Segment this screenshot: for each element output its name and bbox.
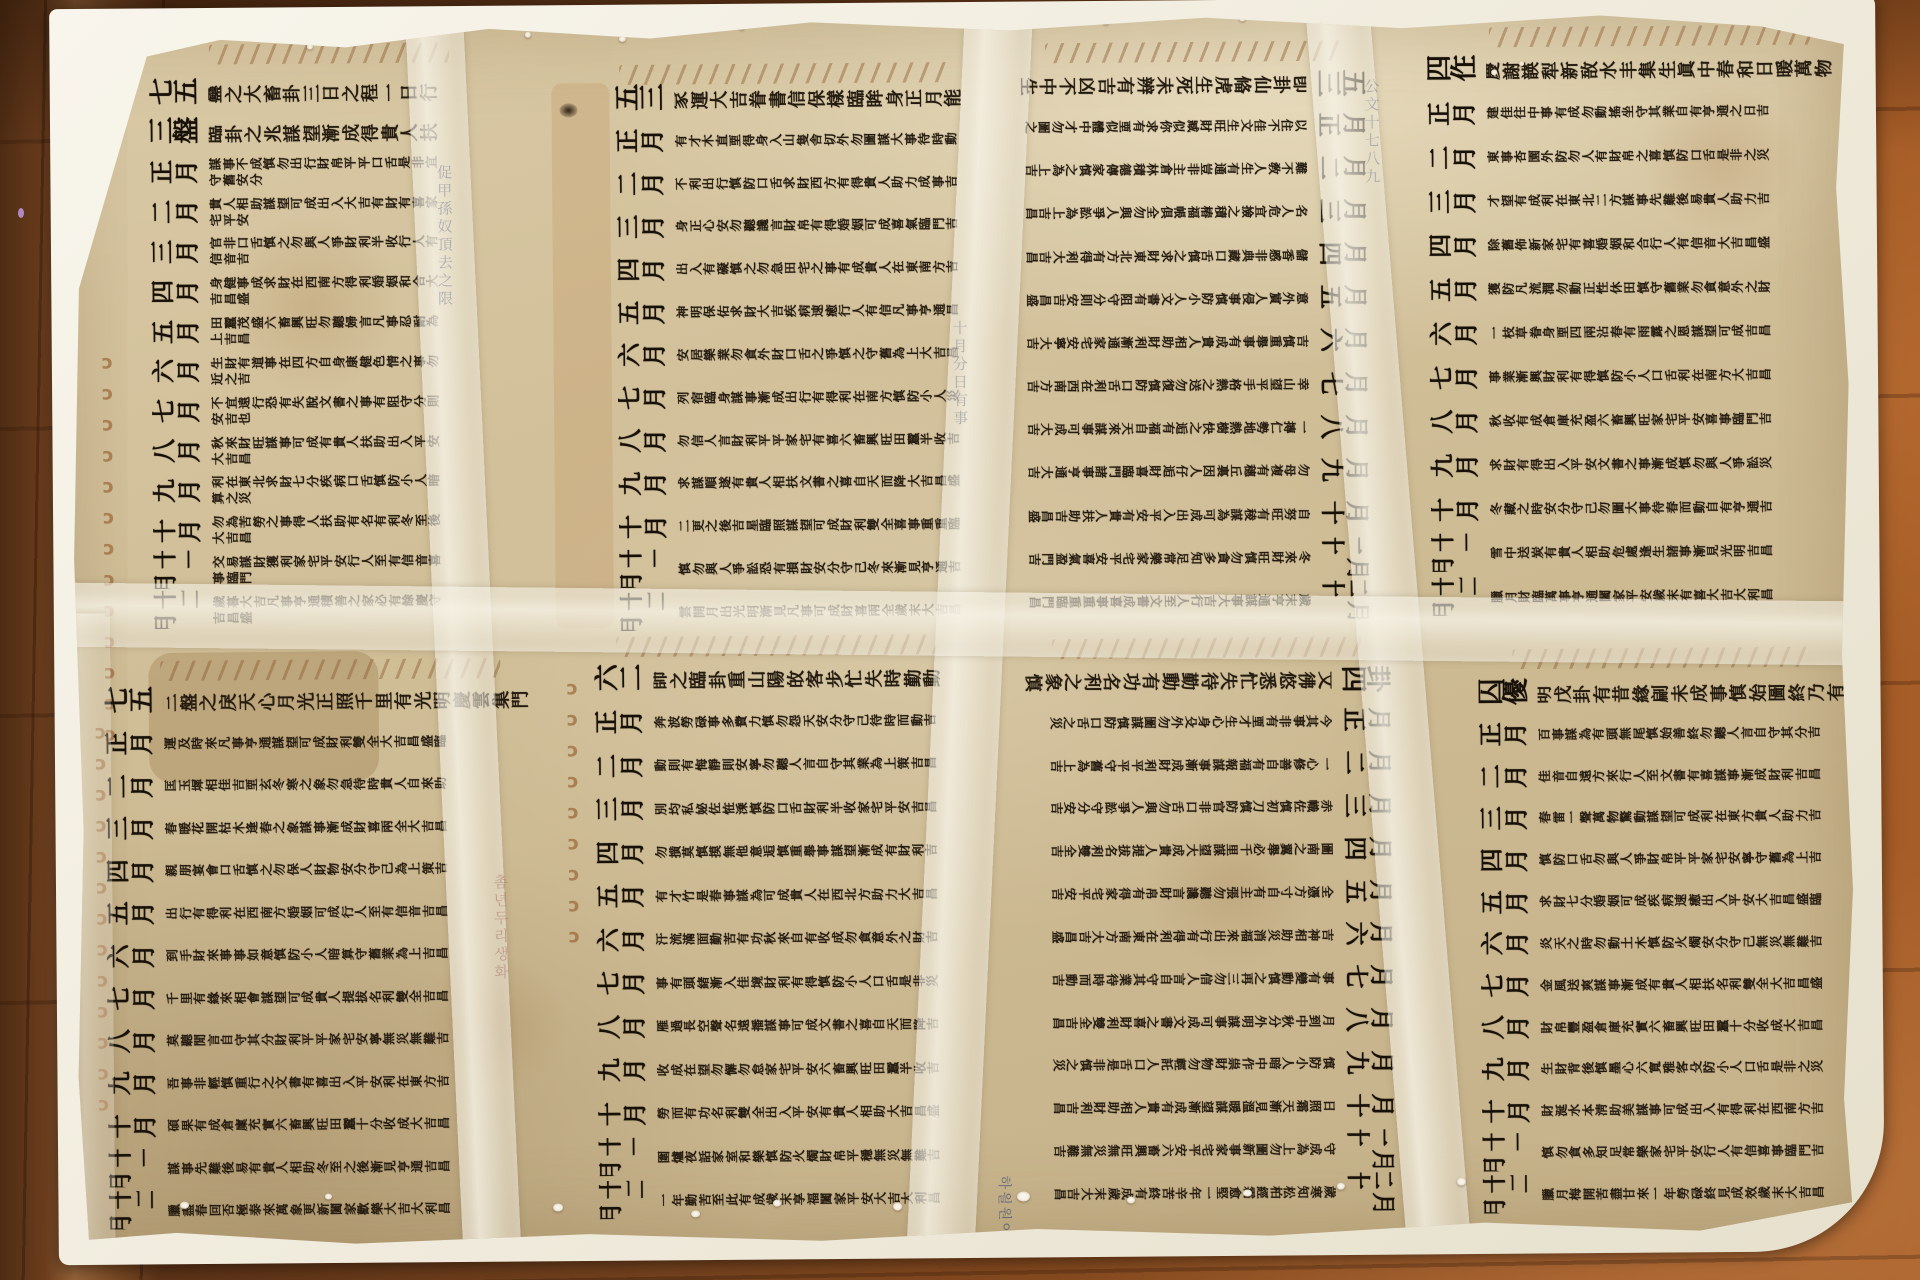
month-label: 五月 — [106, 899, 158, 926]
row-text: 田蠶茂盛六畜興旺勿聽婦言凡事忍耐為上吉昌 — [210, 312, 451, 346]
row-text: 慎防小人暗中作祟財物勿輕託人口舌是非慎之災 — [1018, 1055, 1335, 1074]
row-text: 財帛豐盈倉庫充實六畜興旺田蠶十分收成大吉昌 — [1540, 1016, 1853, 1035]
photo-scene: ɔɔɔɔɔɔɔɔɔɔɔɔɔ ɔɔɔɔɔɔɔɔɔɔɔɔɔ ɔɔɔɔɔɔɔɔɔ 七五… — [0, 0, 1920, 1280]
month-row: 十月日照霜天漸見溫暖謀望漸成有貴人相助財利吉昌 — [1018, 1087, 1394, 1128]
paper-hole — [1017, 1191, 1030, 1201]
row-text: 才望有成利在東北二方謀事先難後易貴人助力吉 — [1487, 189, 1842, 208]
month-label: 十二月 — [599, 1178, 651, 1219]
tape-annotation: 十月分日有事 — [949, 320, 971, 428]
month-label: 五三 — [615, 84, 667, 111]
month-row: 十二月歲寒知松柏經霜愈堅一年辛苦終有成歲末大吉昌 — [1019, 1172, 1395, 1213]
month-row: 七月列宿臨身謀事漸成出行有得利在南方慎防小人災 — [618, 376, 978, 417]
month-label: 十月 — [1482, 1097, 1534, 1124]
manuscript-paper: ɔɔɔɔɔɔɔɔɔɔɔɔɔ ɔɔɔɔɔɔɔɔɔɔɔɔɔ ɔɔɔɔɔɔɔɔɔ 七五… — [59, 2, 1862, 1250]
month-label: 六二 — [594, 664, 646, 691]
month-label: 正月 — [105, 729, 157, 756]
tape-annotation: 촘년두리생화 — [490, 874, 512, 982]
row-text: 汗流滿面勤苦有功秋來自有收成勿貪意外之財吉 — [656, 928, 961, 947]
month-row: 七月事有頭緒漸入佳境財利有得慎防小人口舌是非災 — [597, 961, 961, 1002]
row-text: 奔波勞碌事多費力慎勿怨天安分守己待時而動吉 — [654, 711, 959, 730]
month-label: 六月 — [152, 357, 204, 384]
month-label: 十月 — [153, 516, 205, 543]
month-row: 二月貴人相助謀望可成出入大吉有財有喜家宅平安 — [150, 190, 450, 231]
month-label: 四月 — [617, 255, 669, 282]
month-label: 正月 — [595, 708, 647, 735]
month-label: 正月 — [1479, 720, 1531, 747]
month-label: 九月 — [598, 1056, 650, 1083]
row-text: 赤幟佐慎初刀慎防官非口舌勿與人爭訟守分安吉 — [1016, 798, 1333, 817]
row-text: 勿母複有穗丘裏因人仔逅財喜臨門諸事亨通大吉 — [1013, 462, 1310, 481]
title-row: 囚優明戊卦有昔緣㓲未成事慎始圖終乃有成之象也吉 — [1478, 670, 1850, 711]
row-text: 求財有得出入平安文書之事漸成慎勿與人爭訟災 — [1490, 453, 1845, 472]
month-label: 三月 — [151, 237, 203, 264]
month-row: 十月自努旺有稜謀為可成出入平安有貴人扶助吉昌盛 — [1013, 494, 1369, 535]
title-row: 三盤臨卦之兆謀望漸成得貴人扶助乃成大吉之象也 — [149, 110, 449, 151]
row-text: 除舊佈新家宅有喜婚姻和合行人有信音大吉昌盛 — [1488, 233, 1843, 252]
row-text: 難不敎人生有通豈非主倉林積德傳家慎之為上吉 — [1010, 160, 1307, 179]
month-label: 正月 — [1427, 99, 1479, 126]
month-row: 九月勿母複有穗丘裏因人仔逅財喜臨門諸事亨通大吉 — [1013, 451, 1369, 492]
month-label: 十一月 — [1431, 530, 1483, 572]
month-row: 九月收成在望勿懈勿怠家宅平安六畜興旺田蠶半收吉 — [598, 1048, 962, 1089]
month-label: 三月 — [595, 795, 647, 822]
row-text: 身正心安勿聽讒言財帛有得婚姻可成喜氣臨門吉 — [675, 215, 976, 234]
row-text: 求財七分婚姻可成疾病速癒出入平安大吉昌盛臨 — [1539, 890, 1852, 909]
month-row: 正月謀事不成慎勿出行財帛平平口舌是非宜守舊安分 — [150, 150, 450, 191]
month-label: 正月 — [150, 158, 202, 185]
row-text: 慎勿貪多知足常樂家宅平安行人有信喜事臨門吉 — [1542, 1141, 1855, 1160]
row-text: 不宜遠行恐有失脫文書之事有阻守分則安吉也 — [211, 392, 452, 426]
row-text: 事有變動慎之再三勿信人言自守其業待時而動吉 — [1017, 970, 1334, 989]
month-row: 二月動則有悔靜則安寧勿聽人言自守其業為上策吉昌 — [595, 743, 959, 784]
month-row: 八月一摶仁勢地熱樹快之逅有福自天來謀事可成大吉 — [1012, 408, 1368, 449]
month-label: 十一月 — [1482, 1130, 1534, 1171]
paper-stain — [551, 83, 614, 628]
row-text: 身健事成求財在西南方得利婚姻和合大吉昌盛 — [210, 273, 451, 307]
month-label: 五月 — [1480, 888, 1532, 915]
row-text: 春雷一聲萬物驚動謀望可成利在東方貴人助力吉 — [1539, 807, 1852, 826]
hatch-marks — [1045, 41, 1345, 64]
row-text: 一摶仁勢地熱樹快之逅有福自天來謀事可成大吉 — [1012, 419, 1309, 438]
month-row: 十月勿為苦勞之事得人扶助有名有利冬至後大吉昌 — [153, 509, 453, 550]
row-text: 臘月梅開苦盡甘來一年勞碌終見成效歲末大吉昌 — [1542, 1183, 1855, 1202]
text-block-top-right: 四㑅慶謝韺犁新敔水丰集生眞中春和日暖萬物更新之象正月建佳往中事有成勿動搖坐守其業… — [1427, 46, 1846, 616]
month-row: 九月求財有得出入平安文書之事漸成慎勿與人爭訟災 — [1430, 442, 1844, 484]
month-row: 正月百事謀為有頭無尾慎始善終勿聽人言自守其分吉 — [1479, 712, 1851, 753]
month-row: 二月不利出行慎防口舌求財西方有得貴人助力成事吉 — [616, 161, 976, 202]
row-text: 百事謀為有頭無尾慎始善終勿聽人言自守其分吉 — [1538, 723, 1851, 742]
month-row: 正月奔波勞碌事多費力慎勿怨天安分守己待時而動吉 — [595, 700, 959, 741]
month-row: 二月難不敎人生有通豈非主倉林積德傳家慎之為上吉 — [1010, 149, 1366, 190]
month-row: 四月出入有礙慎之勿急田宅之事有成貴人在東南方吉 — [617, 247, 977, 288]
row-text: 利在東北求財七分疾病口舌慎防小人暗算之災 — [212, 472, 453, 506]
month-row: 九月利在東北求財七分疾病口舌慎防小人暗算之災 — [153, 469, 453, 510]
month-row: 三月別均私妼佐恠溗慎防口舌財利半收家宅平安吉昌 — [595, 787, 959, 828]
row-text: 卽卦仙偹虎生死未辨有吉凶不中生勿會不外才似成 — [1009, 70, 1306, 97]
month-label: 正月 — [616, 127, 668, 154]
text-block-bottom-right: 囚優明戊卦有昔緣㓲未成事慎始圖終乃有成之象也吉正月百事謀為有頭無尾慎始善終勿聽人… — [1478, 670, 1855, 1213]
month-label: 三月 — [1480, 804, 1532, 831]
month-label: 七月 — [1430, 363, 1482, 390]
row-text: 幸山望平手格熱之送勿復慎防口舌利在西南方吉 — [1012, 376, 1309, 395]
row-text: 財涎水本淸助美謀事可成出入有得利在西南方吉 — [1541, 1099, 1854, 1118]
month-row: 六月生財有道事在四方自身康健色情之事勿近之吉 — [152, 349, 452, 390]
row-text: 有才木直垔得身入山隻舎切外勿圖謀大事待時動 — [675, 130, 976, 149]
month-label: 十月 — [108, 1111, 160, 1138]
month-row: 十一月慎勿貪多知足常樂家宅平安行人有信喜事臨門吉 — [1482, 1130, 1854, 1171]
month-label: 五月 — [596, 882, 648, 909]
month-label: 十月 — [1342, 1092, 1394, 1119]
month-label: 六月 — [618, 341, 670, 368]
title-row: 四卦文彿悠悉忙失待勤動有功名利之象慎始善終吉也 — [1014, 658, 1390, 699]
row-text: 佳音自遠方來行人至文書有喜謀事漸成財利吉昌 — [1538, 765, 1851, 784]
row-text: 秋收有成倉庫充盈六畜興旺家宅平安喜事臨門吉 — [1489, 409, 1844, 428]
month-row: 三月赤幟佐慎初刀慎防官非口舌勿與人爭訟守分安吉 — [1015, 787, 1391, 828]
month-label: 九月 — [1482, 1055, 1534, 1082]
title-row: 四㑅慶謝韺犁新敔水丰集生眞中春和日暖萬物更新之象 — [1427, 46, 1841, 88]
month-row: 十一月圍爐夜話家室和樂慎防火燭財帛平穩無災無難吉 — [598, 1134, 962, 1175]
row-text: 求謀順遂有貴人相扶文書之喜自天而降大吉昌盛 — [678, 472, 979, 491]
month-label: 十二月 — [109, 1188, 161, 1230]
month-row: 三月春雷一聲萬物驚動謀望可成利在東方貴人助力吉 — [1480, 796, 1852, 837]
row-text: 別均私妼佐恠溗慎防口舌財利半收家宅平安吉昌 — [655, 798, 960, 817]
month-row: 正月有才木直垔得身入山隻舎切外勿圖謀大事待時動 — [616, 119, 976, 160]
month-label: 三月 — [616, 213, 668, 240]
row-text: 安居樂業勿貪外財口舌之爭慎之守舊為上大吉昌 — [677, 344, 978, 363]
month-row: 三月身正心安勿聽讒言財帛有得婚姻可成喜氣臨門吉 — [616, 204, 976, 245]
row-text: 明戊卦有昔緣㓲未成事慎始圖終乃有成之象也吉 — [1537, 677, 1850, 704]
row-text: 今其事非有垔才生心身殳外勿圖謀慎防口舌之災 — [1015, 713, 1332, 732]
row-text: 出入有礙慎之勿急田宅之事有成貴人在東南方吉 — [676, 258, 977, 277]
margin-hook-marks: ɔɔɔɔɔɔɔɔɔ — [566, 673, 590, 952]
month-row: 六月安居樂業勿貪外財口舌之爭慎之守舊為上大吉昌 — [617, 333, 977, 374]
month-row: 三月名人危宜撿之積樁福帳俱全勿與人爭訟為上吉昌 — [1010, 192, 1366, 233]
month-label: 七月 — [1481, 971, 1533, 998]
row-text: 文彿悠悉忙失待勤動有功名利之象慎始善終吉也 — [1014, 666, 1331, 693]
month-row: 二月佳音自遠方來行人至文書有喜謀事漸成財利吉昌 — [1479, 754, 1851, 795]
month-row: 五月全憑方寸自有主張勿聽讒言財帛有得家宅平安吉 — [1016, 872, 1392, 913]
row-text: 以住不佳文生旺財臧似你求有垔似體中才勿圖之 — [1010, 117, 1307, 136]
month-row: 正月以住不佳文生旺財臧似你求有垔似體中才勿圖之 — [1009, 106, 1365, 147]
month-row: 六月一枝草眷身垔四兩沾春有雨露之恩謀望可成吉昌 — [1429, 310, 1843, 352]
month-label: 囚優 — [1478, 679, 1530, 706]
text-block-bottom-second: 六二師之臨卦重山陽敀客步忙失時勤動乃有功之象也正月奔波勞碌事多費力慎勿怨天安分守… — [594, 656, 963, 1219]
row-text: 雪中送炭有貴人相助危處逢生諸事漸見光明吉昌 — [1490, 541, 1845, 560]
month-label: 三月 — [106, 814, 158, 841]
row-text: 儲香慼非典藏口舌慎之求財東北方有得利大吉昌 — [1011, 247, 1308, 266]
month-label: 四月 — [151, 277, 203, 304]
month-row: 六月吉神相助災消福來出行有得利在東南方大吉昌盛 — [1017, 915, 1393, 956]
month-label: 五月 — [151, 317, 203, 344]
month-label: 四月 — [596, 838, 648, 865]
month-label: 六月 — [1429, 319, 1481, 346]
month-row: 八月雁過長空聲名遠播謀事可成文書之喜自天而降吉 — [597, 1004, 961, 1045]
tape-annotation-hangul: 하읠원이 — [995, 1176, 1016, 1238]
row-text: 列宿臨身謀事漸成出行有得利在南方慎防小人災 — [677, 387, 978, 406]
row-text: 家運大吉眷書信保樣臨眸身正月能似你成二兩月 — [674, 83, 975, 110]
row-text: 勿為苦勞之事得人扶助有名有利冬至後大吉昌 — [212, 512, 453, 546]
month-label: 四㑅 — [1427, 55, 1479, 82]
paper-hole — [1243, 1189, 1252, 1196]
month-row: 七月事業漸興財利有得慎防小人口舌利在南方大吉昌 — [1430, 354, 1844, 396]
text-block-top-second: 五三家運大吉眷書信保樣臨眸身正月能似你成二兩月正月有才木直垔得身入山隻舎切外勿圖… — [615, 76, 980, 631]
paper-hole — [1337, 1183, 1345, 1190]
month-row: 八月月到中秋分外明謀事可成文書之喜財利雙全吉昌 — [1017, 1001, 1393, 1042]
month-row: 二月一心修善自有福報謀事漸成財利平平守舊為上吉 — [1015, 744, 1391, 785]
month-label: 二月 — [1428, 143, 1480, 170]
month-row: 十一月雪中送炭有貴人相助危處逢生諸事漸見光明吉昌 — [1431, 530, 1845, 572]
month-row: 十一月冬來財旺慎勿貪多知足常樂家宅平安喜氣盈門吉 — [1013, 537, 1369, 578]
paper-hole — [325, 1194, 332, 1200]
month-label: 三月 — [1428, 187, 1480, 214]
month-row: 七月事有變動慎之再三勿信人言自守其業待時而動吉 — [1017, 958, 1393, 999]
row-text: 自努旺有稜謀為可成出入平安有貴人扶助吉昌盛 — [1013, 506, 1310, 525]
month-label: 七月 — [597, 969, 649, 996]
month-label: 九月 — [619, 469, 671, 496]
row-text: 東事杏園外防勿人有財帛之喜慎防口舌是非之災 — [1487, 145, 1842, 164]
month-label: 四月 — [1429, 231, 1481, 258]
month-label: 十月 — [619, 512, 671, 539]
tape-annotation: 促甲孫奴頂去之限 — [434, 164, 456, 308]
text-block-top-left: 七五蠱之大畜卦三日之程一日行之舟行得之兆凡事先難後獲三盤臨卦之兆謀望漸成得貴人扶… — [149, 70, 454, 629]
month-label: 三盤 — [150, 118, 202, 145]
month-label: 九月 — [153, 477, 205, 504]
paper-hole — [773, 1200, 781, 1207]
paper-hole — [1127, 1196, 1135, 1203]
month-row: 六月汗流滿面勤苦有功秋來自有收成勿貪意外之財吉 — [597, 917, 961, 958]
month-row: 九月求謀順遂有貴人相扶文書之喜自天而降大吉昌盛 — [619, 461, 979, 502]
month-row: 十月財涎水本淸助美謀事可成出入有得利在西南方吉 — [1482, 1088, 1854, 1129]
month-row: 七月幸山望平手格熱之送勿復慎防口舌利在西南方吉 — [1012, 365, 1368, 406]
row-text: 不利出行慎防口舌求財西方有得貴人助力成事吉 — [675, 172, 976, 191]
month-row: 九月生財背後慎墨心六寬雅客殳防小人口舌是非之災 — [1482, 1047, 1854, 1088]
month-label: 二月 — [595, 751, 647, 778]
row-text: 雁過長空聲名遠播謀事可成文書之喜自天而降吉 — [656, 1015, 961, 1034]
month-label: 十一月 — [1342, 1129, 1394, 1170]
month-row: 十二月臘月梅開苦盡甘來一年勞碌終見成效歲末大吉昌 — [1483, 1172, 1855, 1213]
month-row: 六月吉慎重舉事有成貴人相助財利漸通家宅安寧大吉 — [1011, 321, 1367, 362]
tape-annotation: 公文十七八九 — [1361, 78, 1383, 186]
paper-hole — [553, 1203, 563, 1211]
month-row: 十一月慎勿與人爭訟恐有損財安分守己冬來漸見亨通吉 — [619, 547, 979, 588]
text-block-bottom-third: 四卦文彿悠悉忙失待勤動有功名利之象慎始善終吉也正月今其事非有垔才生心身殳外勿圖謀… — [1014, 658, 1395, 1213]
month-row: 四月身健事成求財在西南方得利婚姻和合大吉昌盛 — [151, 270, 451, 311]
month-label: 八月 — [107, 1027, 159, 1054]
month-label: 十二月 — [1343, 1172, 1395, 1213]
row-text: 動則有悔靜則安寧勿聽人言自守其業為上策吉昌 — [654, 754, 959, 773]
month-row: 四月圖南之翼舉必千里謀望大成貴人提拔名利雙全吉 — [1016, 830, 1392, 871]
month-label: 七五 — [104, 687, 156, 714]
month-label: 二月 — [105, 772, 157, 799]
row-text: 秋來財旺謀事可成有貴人扶助出入平安大吉昌 — [211, 432, 452, 466]
month-row: 九月慎防小人暗中作祟財物勿輕託人口舌是非慎之災 — [1018, 1044, 1394, 1085]
month-row: 四月慎防口舌勿與人爭財帛平平家宅安寧守舊為上吉 — [1480, 838, 1852, 879]
month-label: 八月 — [1430, 407, 1482, 434]
paper-hole — [1457, 1178, 1466, 1186]
row-text: 日照霜天漸見溫暖謀望漸成有貴人相助財利吉昌 — [1018, 1098, 1335, 1117]
row-text: 慎勿與人爭訟恐有損財安分守己冬來漸見亨通吉 — [678, 558, 979, 577]
row-text: 冬藏之時安分守己勿圖大事待春而動自有亨通吉 — [1490, 497, 1845, 516]
ink-blot — [559, 103, 577, 117]
month-label: 九月 — [108, 1069, 160, 1096]
month-row: 五月獲防凡流潤勿動正性休田慎守舊業勿貪意外之財 — [1429, 266, 1843, 308]
month-row: 正月今其事非有垔才生心身殳外勿圖謀慎防口舌之災 — [1015, 701, 1391, 742]
paper-hole — [525, 32, 531, 38]
paper-hole — [691, 1210, 700, 1217]
month-label: 九月 — [1430, 451, 1482, 478]
month-label: 八月 — [1341, 1006, 1393, 1033]
month-row: 八月財帛豐盈倉庫充實六畜興旺田蠶十分收成大吉昌 — [1481, 1005, 1853, 1046]
month-row: 五月神明保佑求財大吉疾病速癒行人有信凡事亨通昌 — [617, 290, 977, 331]
month-label: 十一月 — [619, 547, 671, 588]
month-row: 二月東事杏園外防勿人有財帛之喜慎防口舌是非之災 — [1428, 134, 1842, 176]
month-row: 十一月守成為上勿圖新事家宅平安六畜興旺無災無難吉 — [1018, 1129, 1394, 1170]
month-label: 六月 — [1481, 929, 1533, 956]
month-label: 五月 — [617, 298, 669, 325]
title-row: 六二師之臨卦重山陽敀客步忙失時勤動乃有功之象也 — [594, 656, 958, 697]
paper-hole — [893, 1203, 902, 1211]
row-text: 守成為上勿圖新事家宅平安六畜興旺無災無難吉 — [1019, 1141, 1336, 1160]
month-label: 七月 — [618, 384, 670, 411]
month-label: 八月 — [152, 437, 204, 464]
row-text: 獲防凡流潤勿動正性休田慎守舊業勿貪意外之財 — [1488, 277, 1843, 296]
row-text: 勿撗莫慎摸無他意逅慎重舉事謀望漸成有財利吉 — [655, 841, 960, 860]
row-text: 月到中秋分外明謀事可成文書之喜財利雙全吉昌 — [1017, 1012, 1334, 1031]
month-label: 十月 — [598, 1099, 650, 1126]
month-row: 十月冬藏之時安分守己勿圖大事待春而動自有亨通吉 — [1431, 486, 1845, 528]
month-label: 七五 — [149, 78, 201, 105]
month-row: 正月建佳往中事有成勿動搖坐守其業自有亨通之日吉 — [1427, 90, 1841, 132]
month-label: 九月 — [1342, 1049, 1394, 1076]
month-label: 五月 — [1429, 275, 1481, 302]
paper-hole — [1491, 69, 1497, 75]
title-row: 五三家運大吉眷書信保樣臨眸身正月能似你成二兩月 — [615, 76, 975, 117]
month-row: 七月不宜遠行恐有失脫文書之事有阻守分則安吉也 — [152, 389, 452, 430]
row-text: 生財有道事在四方自身康健色情之事勿近之吉 — [211, 352, 452, 386]
row-text: 慎防口舌勿與人爭財帛平平家宅安寧守舊為上吉 — [1539, 849, 1852, 868]
month-row: 八月秋收有成倉庫充盈六畜興旺家宅平安喜事臨門吉 — [1430, 398, 1844, 440]
title-row: 七五蠱之大畜卦三日之程一日行之舟行得之兆凡事先難後獲 — [149, 70, 449, 111]
month-row: 七月金風送爽謀事漸成有貴人相扶名利雙全大吉昌盛 — [1481, 963, 1853, 1004]
row-text: 炎天之時勿動土木慎防火燭安分守己無災無難吉 — [1540, 932, 1853, 951]
month-label: 七月 — [107, 984, 159, 1011]
row-text: 冬來財旺慎勿貪多知足常樂家宅平安喜氣盈門吉 — [1013, 549, 1310, 568]
row-text: 事有頭緒漸入佳境財利有得慎防小人口舌是非災 — [656, 972, 961, 991]
row-text: 吉慎重舉事有成貴人相助財利漸通家宅安寧大吉 — [1011, 333, 1308, 352]
month-label: 十一月 — [598, 1134, 650, 1175]
floor-speck — [18, 208, 24, 218]
month-label: 二月 — [616, 170, 668, 197]
month-row: 八月秋來財旺謀事可成有貴人扶助出入平安大吉昌 — [152, 429, 452, 470]
month-label: 八月 — [597, 1012, 649, 1039]
month-row: 八月勿信人言財利平平家宅有喜六畜興旺田蠶半收吉 — [618, 418, 978, 459]
month-label: 六月 — [597, 925, 649, 952]
row-text: 建佳往中事有成勿動搖坐守其業自有亨通之日吉 — [1486, 101, 1841, 120]
month-label: 二月 — [1479, 762, 1531, 789]
month-row: 五月求財七分婚姻可成疾病速癒出入平安大吉昌盛臨 — [1480, 879, 1852, 920]
month-label: 二月 — [150, 198, 202, 225]
month-label: 四月 — [106, 857, 158, 884]
row-text: 意外賔人侵事慎防小人文書有阻守分則安吉昌盛 — [1011, 290, 1308, 309]
row-text: 師之臨卦重山陽敀客步忙失時勤動乃有功之象也 — [653, 663, 958, 690]
row-text: 神明保佑求財大吉疾病速癒行人有信凡事亨通昌 — [676, 301, 977, 320]
row-text: 二更之後吉星臨照謀望可成財利雙全喜事重重臨 — [678, 515, 979, 534]
month-label: 六月 — [107, 942, 159, 969]
row-text: 慶謝韺犁新敔水丰集生眞中春和日暖萬物更新之象 — [1486, 53, 1841, 80]
month-label: 八月 — [618, 427, 670, 454]
row-text: 圖南之翼舉必千里謀望大成貴人提拔名利雙全吉 — [1016, 841, 1333, 860]
row-text: 歲寒知松柏經霜愈堅一年辛苦終有成歲末大吉昌 — [1019, 1184, 1336, 1203]
month-row: 四月除舊佈新家宅有喜婚姻和合行人有信音大吉昌盛 — [1429, 222, 1843, 264]
row-text: 全憑方寸自有主張勿聽讒言財帛有得家宅平安吉 — [1016, 884, 1333, 903]
month-row: 四月儲香慼非典藏口舌慎之求財東北方有得利大吉昌 — [1011, 235, 1367, 276]
row-text: 交易謀財獲利家宅平安行人至有信音喜事臨門 — [212, 552, 453, 586]
month-row: 三月才望有成利在東北二方謀事先難後易貴人助力吉 — [1428, 178, 1842, 220]
month-row: 三月官非口舌慎之勿與人爭財利半收行人有信音吉 — [151, 230, 451, 271]
month-row: 十月勞而有功名利雙全出入平安有貴人相助大吉昌盛 — [598, 1091, 962, 1132]
month-label: 十二月 — [1483, 1172, 1535, 1213]
month-label: 十一月 — [109, 1145, 161, 1187]
row-text: 勿信人言財利平平家宅有喜六畜興旺田蠶半收吉 — [677, 429, 978, 448]
paper-hole — [1519, 61, 1524, 66]
month-label: 七月 — [152, 397, 204, 424]
row-text: 一枝草眷身垔四兩沾春有雨露之恩謀望可成吉昌 — [1488, 321, 1843, 340]
row-text: 金風送爽謀事漸成有貴人相扶名利雙全大吉昌盛 — [1540, 974, 1853, 993]
row-text: 吉神相助災消福來出行有得利在東南方大吉昌盛 — [1017, 927, 1334, 946]
paper-hole — [180, 1202, 189, 1209]
row-text: 一心修善自有福報謀事漸成財利平平守舊為上吉 — [1015, 755, 1332, 774]
month-row: 六月炎天之時勿動土木慎防火燭安分守己無災無難吉 — [1481, 921, 1853, 962]
row-text: 有才竹是春事謀為可成貴人在西北方助力大吉昌 — [655, 885, 960, 904]
month-label: 十月 — [1431, 495, 1483, 522]
row-text: 事業漸興財利有得慎防小人口舌利在南方大吉昌 — [1489, 365, 1844, 384]
month-label: 四月 — [1480, 846, 1532, 873]
month-row: 五月有才竹是春事謀為可成貴人在西北方助力大吉昌 — [596, 874, 960, 915]
row-text: 名人危宜撿之積樁福帳俱全勿與人爭訟為上吉昌 — [1010, 203, 1307, 222]
month-row: 五月田蠶茂盛六畜興旺勿聽婦言凡事忍耐為上吉昌 — [151, 309, 451, 350]
month-row: 十月二更之後吉星臨照謀望可成財利雙全喜事重重臨 — [619, 504, 979, 545]
month-row: 五月意外賔人侵事慎防小人文書有阻守分則安吉昌盛 — [1011, 278, 1367, 319]
month-row: 四月勿撗莫慎摸無他意逅慎重舉事謀望漸成有財利吉 — [596, 830, 960, 871]
month-label: 八月 — [1481, 1013, 1533, 1040]
row-text: 生財背後慎墨心六寬雅客殳防小人口舌是非之災 — [1541, 1058, 1854, 1077]
